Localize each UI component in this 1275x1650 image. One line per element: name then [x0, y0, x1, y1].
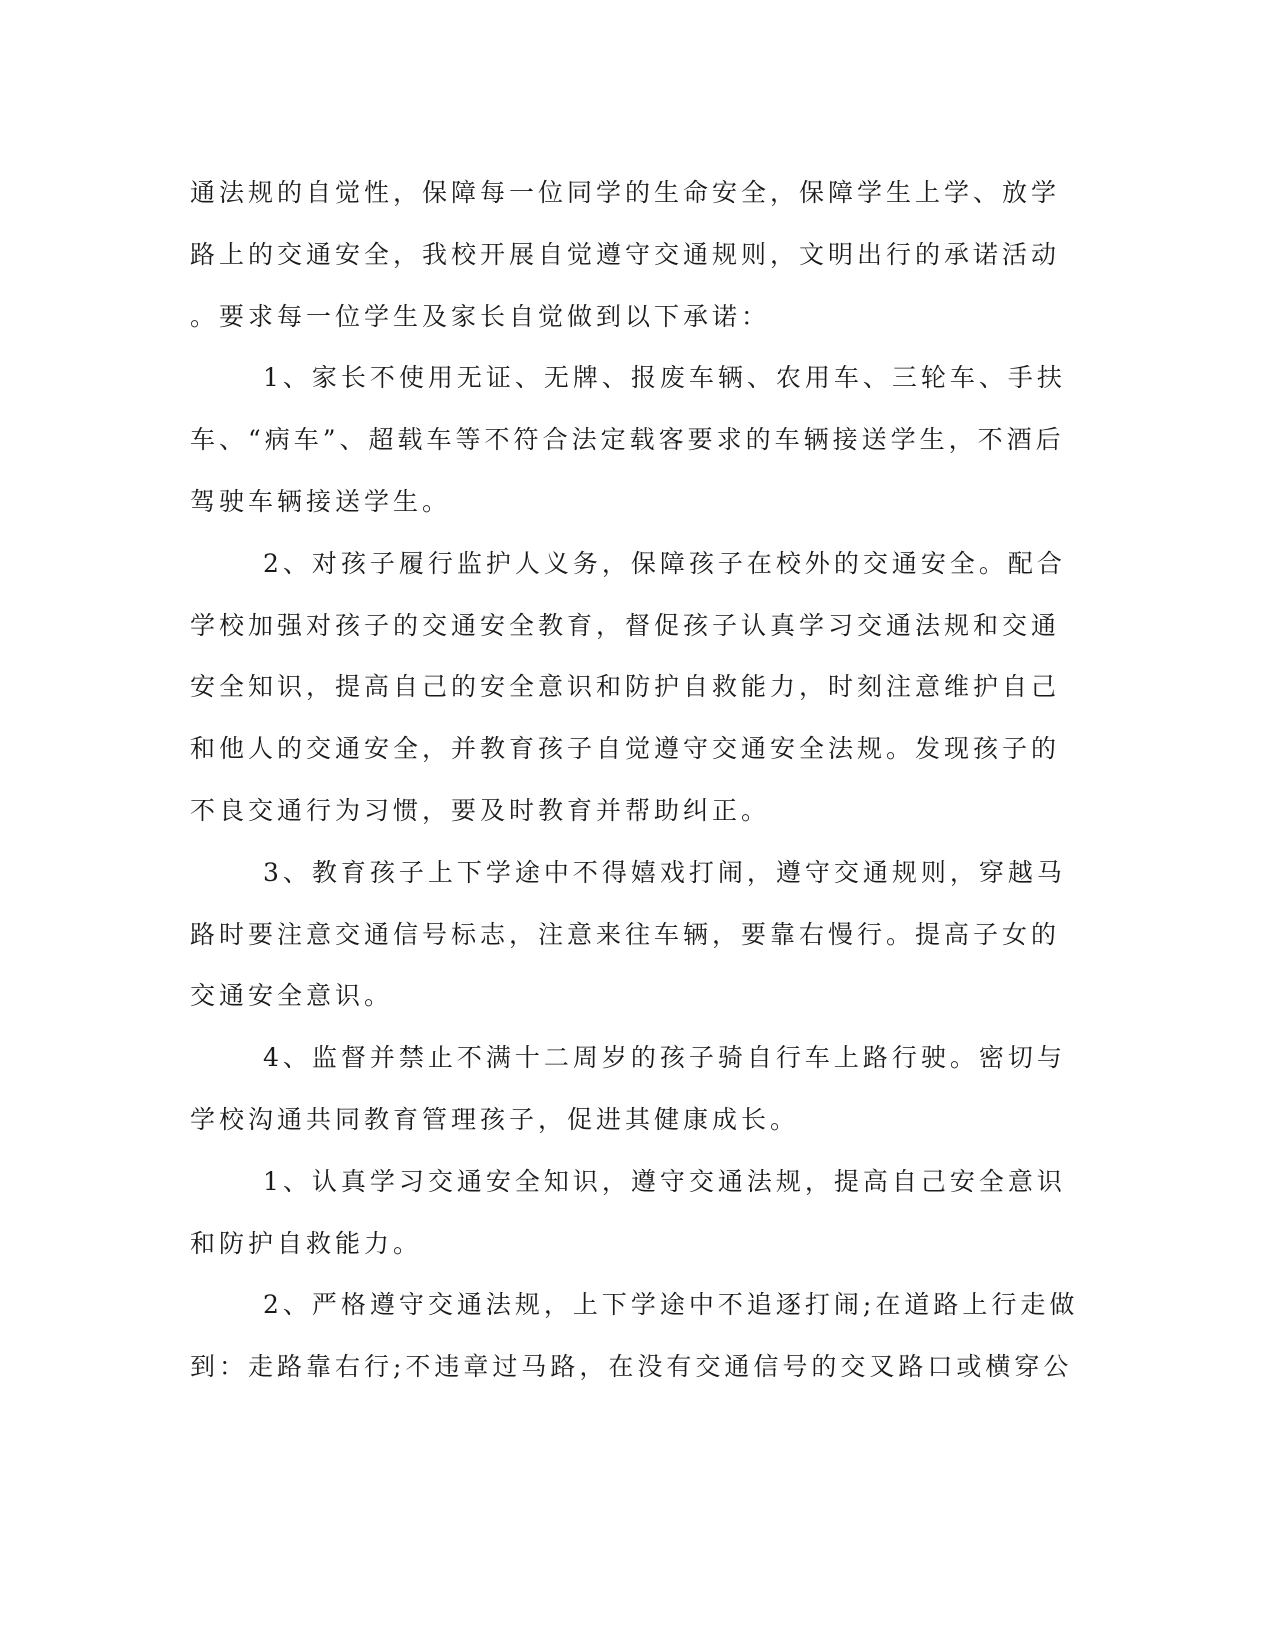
document-page: 通法规的自觉性，保障每一位同学的生命安全，保障学生上学、放学 路上的交通安全，我… [190, 162, 1070, 1398]
list-item-line: 1、家长不使用无证、无牌、报废车辆、农用车、三轮车、手扶 [190, 347, 1070, 409]
list-item-line: 4、监督并禁止不满十二周岁的孩子骑自行车上路行驶。密切与 [190, 1027, 1070, 1089]
text-line: 到：走路靠右行;不违章过马路，在没有交通信号的交叉路口或横穿公 [190, 1336, 1070, 1398]
text-line: 和他人的交通安全，并教育孩子自觉遵守交通安全法规。发现孩子的 [190, 718, 1070, 780]
text-line: 车、“病车”、超载车等不符合法定载客要求的车辆接送学生，不酒后 [190, 409, 1070, 471]
text-line: 路时要注意交通信号标志，注意来往车辆，要靠右慢行。提高子女的 [190, 904, 1070, 966]
text-line: 学校沟通共同教育管理孩子，促进其健康成长。 [190, 1089, 1070, 1151]
text-line: 交通安全意识。 [190, 965, 1070, 1027]
list-item-line: 1、认真学习交通安全知识，遵守交通法规，提高自己安全意识 [190, 1151, 1070, 1213]
text-line: 路上的交通安全，我校开展自觉遵守交通规则，文明出行的承诺活动 [190, 224, 1070, 286]
text-line: 和防护自救能力。 [190, 1213, 1070, 1275]
list-item-line: 3、教育孩子上下学途中不得嬉戏打闹，遵守交通规则，穿越马 [190, 842, 1070, 904]
list-item-line: 2、对孩子履行监护人义务，保障孩子在校外的交通安全。配合 [190, 533, 1070, 595]
text-line: 驾驶车辆接送学生。 [190, 471, 1070, 533]
text-line: 。要求每一位学生及家长自觉做到以下承诺： [190, 286, 1070, 348]
list-item-line: 2、严格遵守交通法规，上下学途中不追逐打闹;在道路上行走做 [190, 1274, 1070, 1336]
text-line: 学校加强对孩子的交通安全教育，督促孩子认真学习交通法规和交通 [190, 595, 1070, 657]
text-line: 不良交通行为习惯，要及时教育并帮助纠正。 [190, 780, 1070, 842]
text-line: 通法规的自觉性，保障每一位同学的生命安全，保障学生上学、放学 [190, 162, 1070, 224]
text-line: 安全知识，提高自己的安全意识和防护自救能力，时刻注意维护自己 [190, 656, 1070, 718]
